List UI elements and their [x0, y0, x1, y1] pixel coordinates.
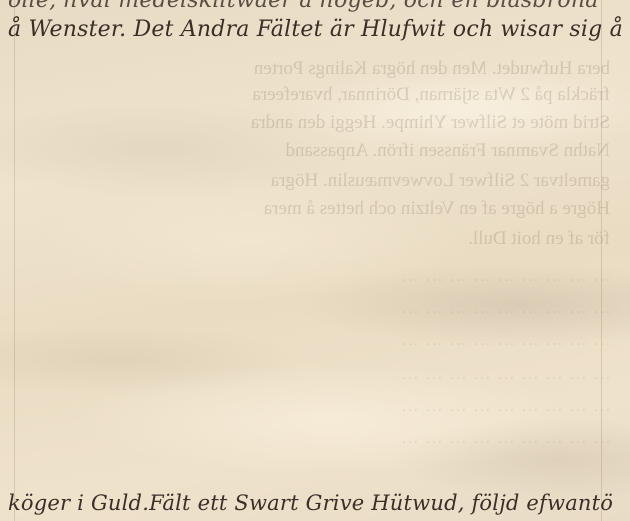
bleed-through-line: ... ... ... ... ... ... ... ... ... [20, 268, 610, 286]
handwritten-line-bottom: köger i Guld.Fält ett Swart Grive Hütwud… [8, 491, 613, 515]
bleed-through-line: ... ... ... ... ... ... ... ... ... [20, 332, 610, 350]
bleed-through-line: gameltvar 2 Silfwer Lovwevmæuslin. Högra [20, 170, 610, 192]
bleed-through-line: Strid möte et Silfwer Yhimpe. Heggi den … [20, 112, 610, 134]
bleed-through-line: Nathn Svamnar Fränssen ifrön. Anpassand [20, 140, 610, 162]
handwritten-line-top-partial: olle, hval medelskiltwaer a högeb, och e… [8, 0, 599, 13]
bleed-through-line: Högre a högre af en Veltzin och hettes å… [20, 198, 610, 220]
bleed-through-line: för af en hoit Dull. [20, 228, 610, 250]
handwritten-line-1: å Wenster. Det Andra Fältet är Hlufwit o… [8, 17, 623, 42]
bleed-through-line: bera Hufwudet. Men den högra Kalings Por… [20, 58, 610, 80]
bleed-through-line: ... ... ... ... ... ... ... ... ... [20, 430, 610, 448]
bleed-through-line: ... ... ... ... ... ... ... ... ... [20, 398, 610, 416]
bleed-through-line: ... ... ... ... ... ... ... ... ... [20, 366, 610, 384]
bleed-through-line: ... ... ... ... ... ... ... ... ... [20, 300, 610, 318]
bleed-through-line: fräckla på 2 Wta stjärnan, Dörinnar, hva… [20, 84, 610, 106]
manuscript-page: bera Hufwudet. Men den högra Kalings Por… [0, 0, 630, 521]
left-margin-line [14, 0, 15, 521]
